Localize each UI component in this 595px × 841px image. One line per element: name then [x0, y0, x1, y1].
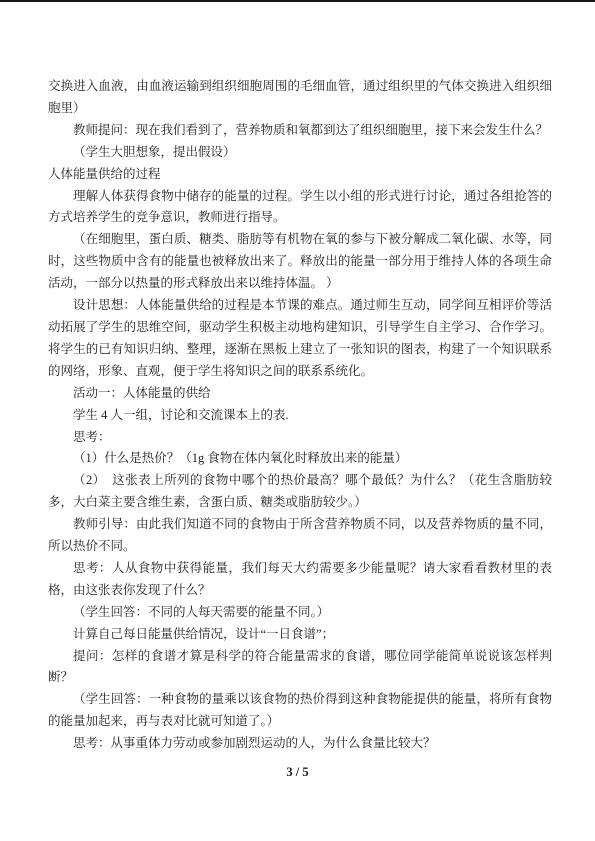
- paragraph: 教师引导：由此我们知道不同的食物由于所含营养物质不同，以及营养物质的量不同，所以…: [48, 514, 552, 558]
- paragraph: （1）什么是热价？（1g 食物在体内氧化时释放出来的能量）: [48, 448, 552, 470]
- paragraph: （在细胞里，蛋白质、糖类、脂肪等有机物在氧的参与下被分解成二氧化碳、水等，同时，…: [48, 229, 552, 295]
- paragraph: （学生回答：不同的人每天需要的能量不同。）: [48, 602, 552, 624]
- paragraph: （学生回答：一种食物的量乘以该食物的热价得到这种食物能提供的能量，将所有食物的能…: [48, 689, 552, 733]
- paragraph: 活动一：人体能量的供给: [48, 383, 552, 405]
- paragraph: 思考：人从食物中获得能量，我们每天大约需要多少能量呢？请大家看看教材里的表格，由…: [48, 558, 552, 602]
- paragraph: 思考：从事重体力劳动或参加剧烈运动的人，为什么食量比较大？: [48, 733, 552, 755]
- document-body: 交换进入血液，由血液运输到组织细胞周围的毛细血管，通过组织里的气体交换进入组织细…: [48, 76, 552, 755]
- paragraph: 交换进入血液，由血液运输到组织细胞周围的毛细血管，通过组织里的气体交换进入组织细…: [48, 76, 552, 120]
- document-page: 交换进入血液，由血液运输到组织细胞周围的毛细血管，通过组织里的气体交换进入组织细…: [0, 0, 595, 841]
- paragraph: （2） 这张表上所列的食物中哪个的热价最高？哪个最低？为什么？（花生含脂肪较多，…: [48, 470, 552, 514]
- paragraph: 理解人体获得食物中储存的能量的过程。学生以小组的形式进行讨论，通过各组抢答的方式…: [48, 186, 552, 230]
- paragraph: 提问：怎样的食谱才算是科学的符合能量需求的食谱，哪位同学能简单说说该怎样判断？: [48, 646, 552, 690]
- page-number: 3 / 5: [0, 765, 595, 780]
- paragraph: 设计思想：人体能量供给的过程是本节课的难点。通过师生互动，同学间互相评价等活动拓…: [48, 295, 552, 383]
- paragraph: 教师提问：现在我们看到了，营养物质和氧都到达了组织细胞里，接下来会发生什么？: [48, 120, 552, 142]
- paragraph: 计算自己每日能量供给情况，设计“一日食谱”；: [48, 624, 552, 646]
- section-heading: 人体能量供给的过程: [48, 164, 552, 186]
- paragraph: 学生 4 人一组，讨论和交流课本上的表.: [48, 405, 552, 427]
- paragraph: （学生大胆想象，提出假设）: [48, 142, 552, 164]
- paragraph: 思考：: [48, 427, 552, 449]
